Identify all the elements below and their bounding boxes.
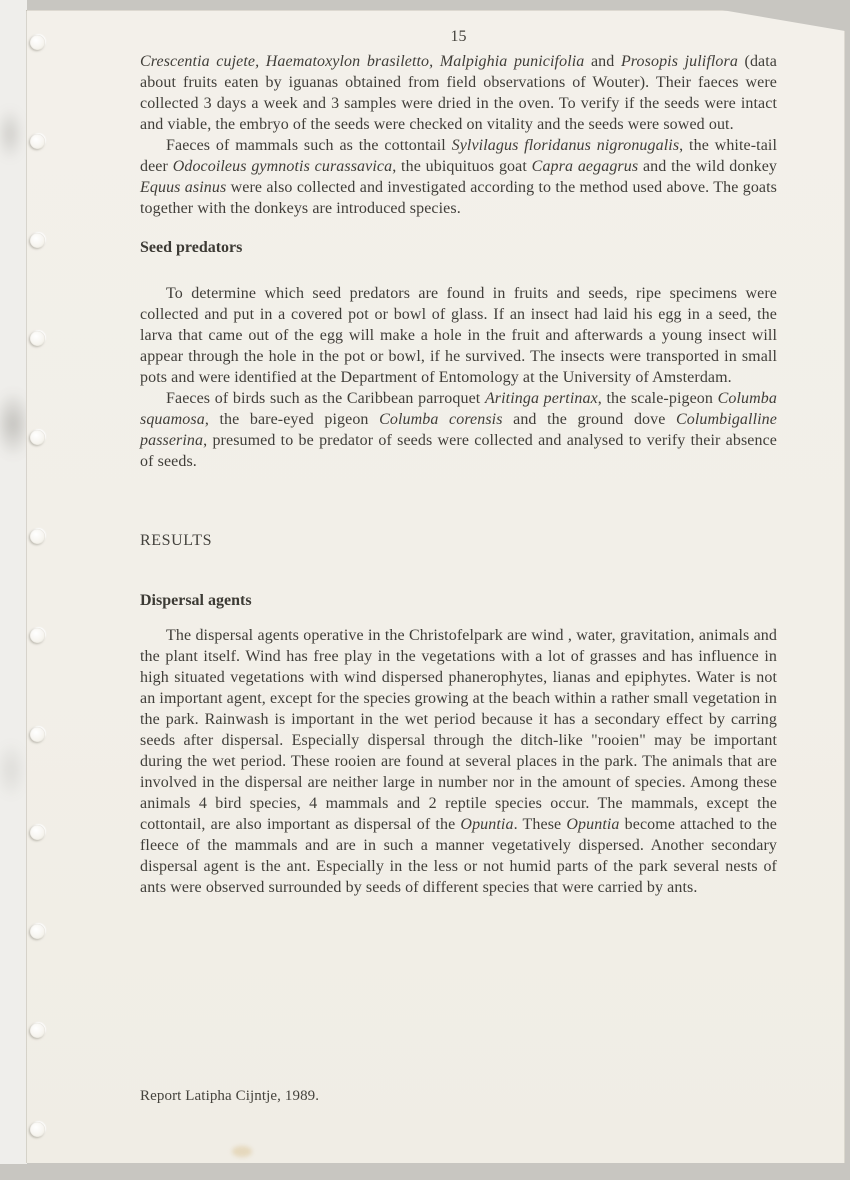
species-name-italic: Aritinga pertinax xyxy=(485,390,598,407)
species-name-italic: Equus asinus xyxy=(140,179,226,196)
species-name-italic: Prosopis juliflora xyxy=(621,53,738,70)
body-text: , presumed to be predator of seeds were … xyxy=(140,432,777,470)
p-crescentia: Crescentia cujete, Haematoxylon brasilet… xyxy=(140,51,777,135)
binder-hole xyxy=(30,1023,45,1038)
h-dispersal-agents: Dispersal agents xyxy=(140,590,777,611)
body-text: , the scale-pigeon xyxy=(598,390,718,407)
paper-stain xyxy=(232,1146,252,1157)
body-text: Faeces of birds such as the Caribbean pa… xyxy=(166,390,485,407)
p-seed-predators-method: To determine which seed predators are fo… xyxy=(140,283,777,388)
p-mammal-faeces: Faeces of mammals such as the cottontail… xyxy=(140,135,777,219)
smudge-mark xyxy=(0,98,28,170)
h-results: RESULTS xyxy=(140,530,777,551)
species-name-italic: Crescentia cujete, Haematoxylon brasilet… xyxy=(140,53,584,70)
body-text: were also collected and investigated acc… xyxy=(140,179,777,217)
h-seed-predators: Seed predators xyxy=(140,237,777,258)
scanned-document-page: 15 Crescentia cujete, Haematoxylon brasi… xyxy=(26,10,845,1163)
body-text: and the wild donkey xyxy=(638,158,777,175)
binder-hole xyxy=(30,727,45,742)
body-text: The dispersal agents operative in the Ch… xyxy=(140,627,777,833)
species-name-italic: Odocoileus gymnotis curassavica xyxy=(173,158,393,175)
species-name-italic: Sylvilagus floridanus nigronugalis xyxy=(452,137,680,154)
binder-hole xyxy=(30,134,45,149)
binder-hole xyxy=(30,35,45,50)
body-text: , the ubiquituos goat xyxy=(392,158,531,175)
document-sections: Crescentia cujete, Haematoxylon brasilet… xyxy=(140,51,777,898)
scanner-left-sheet-edge xyxy=(0,0,27,1164)
species-name-italic: Opuntia xyxy=(566,816,619,833)
body-text: To determine which seed predators are fo… xyxy=(140,285,777,386)
p-bird-faeces: Faeces of birds such as the Caribbean pa… xyxy=(140,388,777,472)
body-text: and xyxy=(584,53,621,70)
body-text: , the bare-eyed pigeon xyxy=(205,411,379,428)
species-name-italic: Capra aegagrus xyxy=(532,158,639,175)
species-name-italic: Opuntia xyxy=(460,816,513,833)
body-text: . These xyxy=(514,816,567,833)
binder-hole xyxy=(30,233,45,248)
body-text: Faeces of mammals such as the cottontail xyxy=(166,137,452,154)
document-body: 15 Crescentia cujete, Haematoxylon brasi… xyxy=(140,26,777,898)
page-number: 15 xyxy=(140,26,777,48)
binder-hole xyxy=(30,1122,45,1137)
binder-hole xyxy=(30,529,45,544)
binder-hole xyxy=(30,628,45,643)
report-footer: Report Latipha Cijntje, 1989. xyxy=(140,1088,319,1105)
p-dispersal-agents: The dispersal agents operative in the Ch… xyxy=(140,625,777,898)
body-text: and the ground dove xyxy=(503,411,676,428)
species-name-italic: Columba corensis xyxy=(379,411,502,428)
